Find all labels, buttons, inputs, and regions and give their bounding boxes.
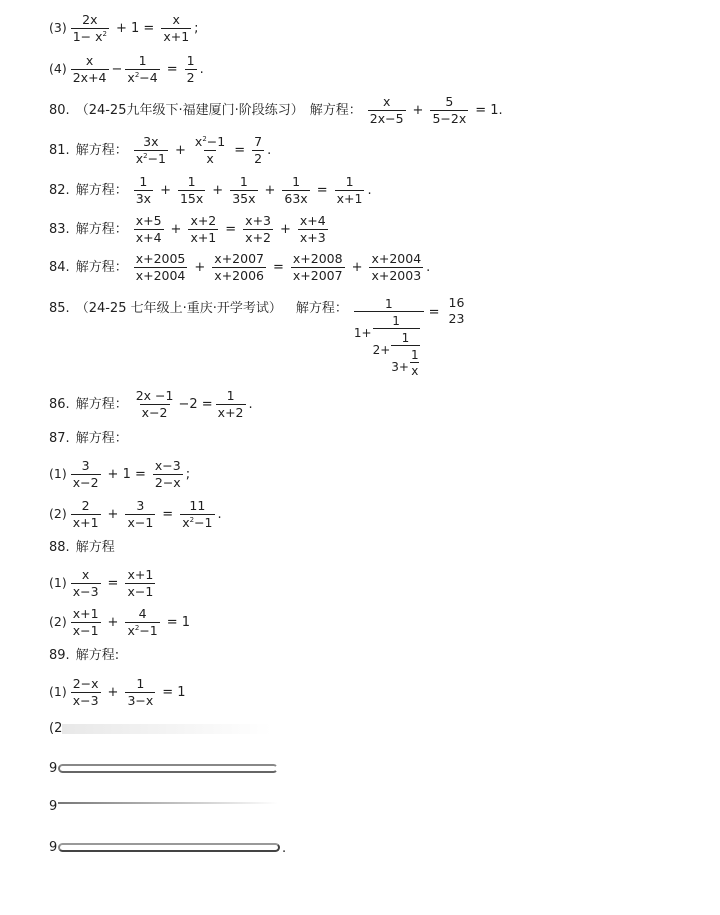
fraction: xx−3 [71, 569, 101, 598]
denominator: 2−x [153, 474, 183, 490]
fraction: 2−xx−3 [71, 678, 101, 707]
operator: −2 = [178, 398, 212, 411]
fraction: 1x2−4 [125, 55, 159, 84]
numerator: x+2004 [369, 253, 423, 267]
numerator: 1 [185, 55, 197, 69]
denominator: x−2 [71, 474, 101, 490]
problem-number: 82. [49, 184, 70, 197]
part-label-fragment: (2 [49, 722, 62, 735]
denominator: x−3 [71, 583, 101, 599]
fraction: 3x−1 [125, 500, 155, 529]
problem-source: （24-25九年级下·福建厦门·阶段练习） [76, 104, 304, 117]
fraction: 2x1− x2 [71, 14, 109, 43]
problem-number: 84. [49, 261, 70, 274]
problem-79-part-4: (4) x2x+4 − 1x2−4 = 12 . [49, 55, 204, 84]
denominator: x+2 [243, 229, 273, 245]
operator: + [352, 261, 363, 274]
numerator: 2x −1 [134, 390, 176, 404]
denominator: 2 [252, 150, 264, 166]
numerator: x+2007 [212, 253, 266, 267]
denominator: x+4 [134, 229, 164, 245]
denominator: x−1 [125, 583, 155, 599]
fraction: 11x2−1 [180, 500, 214, 529]
problem-number: 88. [49, 541, 70, 554]
fraction: 3x−2 [71, 460, 101, 489]
numerator: 1 [388, 315, 404, 328]
fraction: 55−2x [430, 96, 468, 125]
redacted-region [58, 764, 278, 773]
fraction: x+2008x+2007 [291, 253, 345, 282]
fraction: x+2x+1 [188, 215, 218, 244]
fraction: 13x [134, 176, 153, 205]
redacted-region [58, 802, 278, 804]
fraction: x+5x+4 [134, 215, 164, 244]
fraction: x2x−5 [368, 96, 406, 125]
denominator: 5−2x [430, 110, 468, 126]
part-label: (2) [49, 508, 67, 521]
part-label: (4) [49, 63, 67, 76]
fraction: x+3x+2 [243, 215, 273, 244]
numerator: x+3 [243, 215, 273, 229]
punctuation: . [367, 184, 371, 197]
denominator: x+1 [335, 190, 365, 206]
denominator: x−1 [125, 514, 155, 530]
numerator: 7 [252, 136, 264, 150]
operator: + [108, 616, 119, 629]
denominator: x2−1 [125, 622, 159, 638]
fraction: 2x+1 [71, 500, 101, 529]
fraction: x+1x−1 [125, 569, 155, 598]
continued-fraction: 1 1+ 1 2+ 1 3+ 1 x [354, 298, 424, 377]
fraction: 135x [230, 176, 257, 205]
denominator: x−2 [140, 404, 170, 420]
numerator: x+5 [134, 215, 164, 229]
denominator: 63x [282, 190, 309, 206]
problem-prompt: 解方程： [76, 432, 128, 445]
problem-number: 86. [49, 398, 70, 411]
numerator: 1 [137, 55, 149, 69]
fraction: 4x2−1 [125, 608, 159, 637]
continued-fraction-level-4: 1 x [410, 349, 420, 377]
problem-number: 85. [49, 302, 70, 315]
problem-92-fragment: 9 [49, 841, 57, 854]
denominator: 2x+4 [71, 69, 109, 85]
problem-88-part-1: (1) xx−3 = x+1x−1 [49, 569, 157, 598]
numerator: 4 [137, 608, 149, 622]
fraction: x+2004x+2003 [369, 253, 423, 282]
problem-prompt: 解方程: [76, 649, 119, 662]
fraction: x+1x−1 [71, 608, 101, 637]
redacted-region [62, 724, 272, 734]
den-text: −4 [139, 70, 157, 85]
numerator: 16 [447, 297, 467, 311]
den-text: x [136, 151, 143, 166]
numerator: 2 [80, 500, 92, 514]
problem-number: 83. [49, 223, 70, 236]
fraction: 3xx2−1 [134, 136, 168, 165]
denominator: 23 [447, 311, 467, 326]
problem-prompt: 解方程： [310, 104, 362, 117]
problem-79-part-3: (3) 2x1− x2 + 1 = xx+1 ; [49, 14, 199, 43]
denominator: 2x−5 [368, 110, 406, 126]
problem-number: 81. [49, 144, 70, 157]
numerator: 3 [134, 500, 146, 514]
denominator: x+2 [216, 404, 246, 420]
problem-91-fragment: 9 [49, 800, 57, 813]
denominator: x+2003 [369, 267, 423, 283]
problem-81: 81. 解方程： 3xx2−1 + x2−1x = 72 . [49, 136, 271, 165]
part-label: (3) [49, 22, 67, 35]
punctuation: . [200, 63, 204, 76]
operator: + [194, 261, 205, 274]
numerator: x [171, 14, 182, 28]
punctuation: . [267, 144, 271, 157]
operator: + [280, 223, 291, 236]
den-text: −1 [148, 151, 166, 166]
denominator: x+2006 [212, 267, 266, 283]
punctuation: ; [194, 22, 198, 35]
problem-prompt: 解方程： [76, 261, 128, 274]
fraction: 163x [282, 176, 309, 205]
problem-80: 80. （24-25九年级下·福建厦门·阶段练习） 解方程： x2x−5 + 5… [49, 96, 508, 125]
fraction: 1x+2 [216, 390, 246, 419]
den-text: −1 [139, 623, 157, 638]
punctuation: . [249, 398, 253, 411]
part-label: (1) [49, 686, 67, 699]
operator: + [413, 104, 424, 117]
num-text: −1 [207, 134, 225, 149]
operator: + [175, 144, 186, 157]
exponent: 2 [103, 30, 107, 38]
problem-92-tail: . [282, 842, 286, 855]
numerator: 1 [225, 390, 237, 404]
punctuation: . [282, 842, 286, 855]
operator: + [171, 223, 182, 236]
numerator: 2x [80, 14, 99, 28]
problem-prompt: 解方程： [296, 302, 348, 315]
fraction: x−32−x [153, 460, 183, 489]
denominator: x [204, 150, 215, 166]
problem-90-fragment: 9 [49, 762, 57, 775]
operator: + [265, 184, 276, 197]
den-text: 1− x [73, 29, 103, 44]
continued-fraction-level-3: 1 3+ 1 x [391, 332, 419, 377]
denominator: 2 [185, 69, 197, 85]
fraction: xx+1 [161, 14, 191, 43]
numerator: 3 [80, 460, 92, 474]
problem-source: （24-25 七年级上·重庆·开学考试） [76, 302, 282, 315]
operator: = [429, 306, 440, 319]
equation-rhs: = 1 [162, 686, 185, 699]
fraction: x2−1x [193, 136, 227, 165]
numerator: x [84, 55, 95, 69]
numerator: 1 [290, 176, 302, 190]
problem-number: 89. [49, 649, 70, 662]
denominator: 1− x2 [71, 28, 109, 44]
fraction: 1623 [447, 297, 467, 325]
problem-86: 86. 解方程： 2x −1x−2 −2 = 1x+2 . [49, 390, 253, 419]
problem-84: 84. 解方程： x+2005x+2004 + x+2007x+2006 = x… [49, 253, 430, 282]
cf-term: 1+ [354, 327, 372, 339]
numerator: x+2005 [134, 253, 188, 267]
den-text: x [127, 70, 134, 85]
operator: = [234, 144, 245, 157]
operator: = [108, 577, 119, 590]
part-label: (1) [49, 577, 67, 590]
problem-number-fragment: 9 [49, 762, 57, 775]
denominator: x+1 [71, 514, 101, 530]
denominator: x+1 [161, 28, 191, 44]
numerator: x2−1 [193, 136, 227, 150]
operator: = [317, 184, 328, 197]
denominator: 1+ 1 2+ 1 3+ 1 x [354, 311, 424, 377]
fraction: 12 [185, 55, 197, 84]
numerator: 5 [443, 96, 455, 110]
den-text: −1 [194, 515, 212, 530]
denominator: 3+ 1 x [391, 345, 419, 377]
equation-rhs: = 1 [167, 616, 190, 629]
problem-85: 85. （24-25 七年级上·重庆·开学考试） 解方程： 1 1+ 1 2+ … [49, 298, 468, 377]
problem-prompt: 解方程： [76, 184, 128, 197]
problem-prompt: 解方程： [76, 144, 128, 157]
operator: = [162, 508, 173, 521]
denominator: x−3 [71, 692, 101, 708]
problem-number-fragment: 9 [49, 800, 57, 813]
denominator: 3x [134, 190, 153, 206]
denominator: x2−1 [134, 150, 168, 166]
denominator: x [410, 362, 419, 377]
part-label: (2) [49, 616, 67, 629]
continued-fraction-level-2: 1 2+ 1 3+ 1 x [373, 315, 420, 377]
fraction: 1x+1 [335, 176, 365, 205]
fraction: x+2007x+2006 [212, 253, 266, 282]
operator: + [160, 184, 171, 197]
problem-number: 87. [49, 432, 70, 445]
numerator: x+2008 [291, 253, 345, 267]
operator: + [212, 184, 223, 197]
numerator: 1 [186, 176, 198, 190]
denominator: x−1 [71, 622, 101, 638]
problem-88: 88. 解方程 [49, 541, 119, 554]
problem-87-part-2: (2) 2x+1 + 3x−1 = 11x2−1 . [49, 500, 222, 529]
denominator: x+2004 [134, 267, 188, 283]
numerator: 1 [238, 176, 250, 190]
problem-prompt: 解方程： [76, 223, 128, 236]
numerator: x+1 [125, 569, 155, 583]
fraction: 115x [178, 176, 205, 205]
denominator: x2−4 [125, 69, 159, 85]
problem-83: 83. 解方程： x+5x+4 + x+2x+1 = x+3x+2 + x+4x… [49, 215, 330, 244]
numerator: 1 [137, 176, 149, 190]
numerator: 1 [398, 332, 414, 345]
operator: + [108, 686, 119, 699]
problem-89: 89. 解方程: [49, 649, 123, 662]
operator: + [108, 508, 119, 521]
problem-number: 80. [49, 104, 70, 117]
operator: = [167, 63, 178, 76]
numerator: x+2 [188, 215, 218, 229]
den-text: x [182, 515, 189, 530]
denominator: x2−1 [180, 514, 214, 530]
operator: = [225, 223, 236, 236]
fraction: x2x+4 [71, 55, 109, 84]
fraction: 2x −1x−2 [134, 390, 176, 419]
numerator: x−3 [153, 460, 183, 474]
problem-89-part-1: (1) 2−xx−3 + 13−x = 1 [49, 678, 191, 707]
equation-rhs: = 1. [475, 104, 502, 117]
denominator: x+3 [298, 229, 328, 245]
cf-term: 2+ [373, 344, 391, 356]
problem-87: 87. 解方程： [49, 432, 132, 445]
numerator: 1 [410, 349, 420, 362]
denominator: 35x [230, 190, 257, 206]
problem-82: 82. 解方程： 13x + 115x + 135x + 163x = 1x+1… [49, 176, 372, 205]
den-text: x [127, 623, 134, 638]
problem-prompt: 解方程 [76, 541, 115, 554]
punctuation: . [426, 261, 430, 274]
problem-87-part-1: (1) 3x−2 + 1 = x−32−x ; [49, 460, 190, 489]
denominator: 15x [178, 190, 205, 206]
numerator: 2−x [71, 678, 101, 692]
numerator: 1 [134, 678, 146, 692]
problem-89-part-2-fragment: (2 [49, 722, 62, 735]
numerator: 1 [344, 176, 356, 190]
punctuation: ; [186, 468, 190, 481]
part-label: (1) [49, 468, 67, 481]
numerator: 3x [141, 136, 160, 150]
cf-term: 3+ [391, 361, 409, 373]
operator: − [112, 63, 123, 76]
fraction: 13−x [125, 678, 155, 707]
problem-88-part-2: (2) x+1x−1 + 4x2−1 = 1 [49, 608, 195, 637]
problem-prompt: 解方程： [76, 398, 128, 411]
redacted-region [58, 843, 280, 852]
fraction: x+4x+3 [298, 215, 328, 244]
numerator: x+1 [71, 608, 101, 622]
denominator: 3−x [125, 692, 155, 708]
numerator: 1 [381, 298, 397, 311]
denominator: 2+ 1 3+ 1 x [373, 328, 420, 377]
operator: = [273, 261, 284, 274]
fraction: x+2005x+2004 [134, 253, 188, 282]
numerator: x [80, 569, 91, 583]
numerator: x+4 [298, 215, 328, 229]
denominator: x+1 [188, 229, 218, 245]
operator: + 1 = [108, 468, 146, 481]
denominator: x+2007 [291, 267, 345, 283]
problem-number-fragment: 9 [49, 841, 57, 854]
punctuation: . [218, 508, 222, 521]
fraction: 72 [252, 136, 264, 165]
numerator: 11 [187, 500, 207, 514]
numerator: x [381, 96, 392, 110]
operator: + 1 = [116, 22, 154, 35]
